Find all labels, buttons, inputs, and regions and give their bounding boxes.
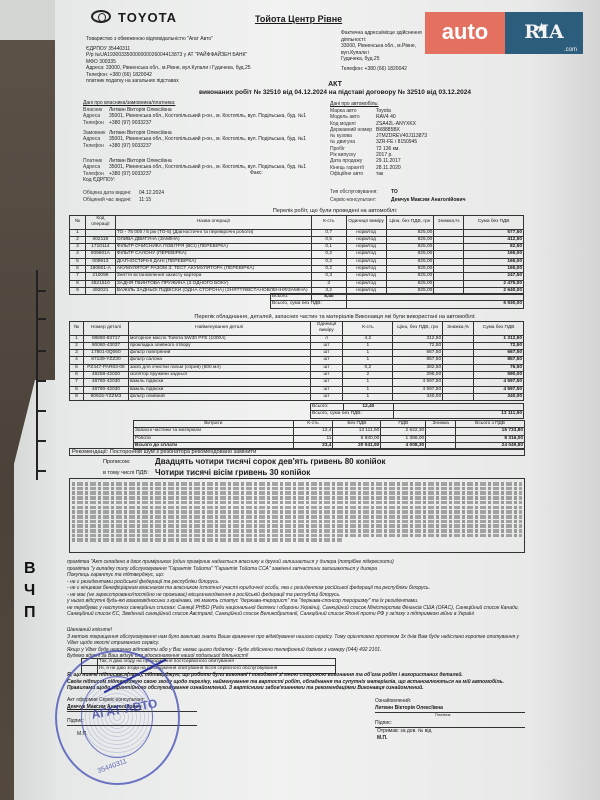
text-line bbox=[72, 482, 522, 486]
table-cell: 2 bbox=[343, 372, 393, 379]
column-header: К-сть bbox=[293, 421, 333, 428]
table-cell: 340,00 bbox=[393, 393, 443, 400]
column-header: Витрати bbox=[134, 421, 294, 428]
works-caption: Перелік робіт, що були проведені на авто… bbox=[55, 208, 600, 215]
table-row: 748780-42030важіль підвіскишт14 597,504 … bbox=[70, 379, 524, 386]
table-cell: Зняття встановлення захисту картера bbox=[115, 273, 311, 280]
column-header: Номер деталі bbox=[83, 322, 128, 336]
issue-date: Обіцяна дата видачі:04.12.2024 bbox=[83, 190, 164, 196]
table-cell bbox=[434, 236, 464, 243]
owner-block: ВласникЛитвин Вікторія ОлексіївнаАдреса3… bbox=[83, 107, 306, 126]
table-cell: 48780-42030 bbox=[83, 379, 128, 386]
works-table: №Код операціїНазва операціїК-стьОдиниця … bbox=[69, 215, 524, 295]
table-cell: фільтр оливний bbox=[128, 393, 310, 400]
table-cell: PZ447-PAR83-08 bbox=[83, 364, 128, 371]
table-row: 31710114ФІЛЬТР ОЧИСНИКА ПОВІТРЯ (ВСІ) (П… bbox=[70, 244, 524, 251]
info-value: Toyota bbox=[376, 108, 391, 114]
table-row: 990915-YZZM3фільтр оливнийшт1340,00340,0… bbox=[70, 393, 524, 400]
star-icon: ★ bbox=[536, 8, 547, 48]
table-cell: норм/год bbox=[346, 236, 386, 243]
issue-date-label: Обіцяна дата видачі: bbox=[83, 190, 139, 196]
fax-label: Факс: bbox=[250, 170, 263, 176]
table-cell: 5 bbox=[70, 364, 84, 371]
column-header: ПДВ bbox=[381, 421, 426, 428]
table-cell: 190601-A bbox=[85, 266, 115, 273]
table-cell: 82,50 bbox=[464, 244, 524, 251]
binding-tick bbox=[36, 290, 46, 292]
summary-table: ВитратиК-стьБез ПДВПДВЗнижкаВсього з ПДВ… bbox=[133, 420, 525, 450]
in-words: Двадцять чотири тисячі сорок дев'ять гри… bbox=[155, 457, 385, 466]
column-header: Код операції bbox=[85, 216, 115, 230]
table-cell: 17801-0Q060 bbox=[83, 350, 128, 357]
binding-tick bbox=[36, 440, 46, 442]
table-header-row: №Номер деталіНайменування деталіОдиниця … bbox=[70, 322, 524, 336]
table-cell: 8 316,00 bbox=[456, 435, 525, 442]
info-row: Офіційне автотак bbox=[330, 171, 427, 177]
text-line bbox=[72, 538, 342, 542]
table-row: 5009913ДІАГНОСТИЧНІ ДАНІ (ПЕРЕВІРКА)0,2н… bbox=[70, 258, 524, 265]
table-row: 4009901AФІЛЬТР САЛОНУ (ПЕРЕВІРКА)0,2норм… bbox=[70, 251, 524, 258]
text-line bbox=[72, 496, 522, 500]
table-cell: 8 bbox=[70, 280, 86, 287]
table-cell: 2 bbox=[70, 236, 86, 243]
info-value: ВК8885ВХ bbox=[376, 127, 400, 133]
table-cell: 1 386,00 bbox=[381, 435, 426, 442]
table-row: 290080-43037прокладка зливного отворушт1… bbox=[70, 342, 524, 349]
table-cell: 295,00 bbox=[393, 372, 443, 379]
text-line bbox=[72, 501, 522, 505]
warranty-text bbox=[72, 481, 522, 543]
table-cell: моторное масло Тойота 5W30 PFE (1000л) bbox=[128, 335, 310, 342]
car-section-title: Дані про автомобіль: bbox=[330, 101, 379, 107]
info-value: ZSA42L-ANYXKX bbox=[376, 121, 416, 127]
column-header: № bbox=[70, 322, 84, 336]
table-cell: 4 597,50 bbox=[474, 386, 524, 393]
table-cell: засіб для очистки гальм (спрей) (500 мл) bbox=[128, 364, 310, 371]
table-cell: 857,50 bbox=[393, 357, 443, 364]
payer-block: ПлатникЛитвин Вікторія ОлексіївнаАдреса3… bbox=[83, 158, 306, 177]
table-cell: 3 bbox=[70, 244, 86, 251]
table-cell: 08880-83717 bbox=[83, 335, 128, 342]
info-value: 2017 р. bbox=[376, 152, 393, 158]
table-cell: 4 597,50 bbox=[474, 379, 524, 386]
table-cell: шт bbox=[310, 350, 343, 357]
owner-section-title: Дані про власника/замовника/платника: bbox=[83, 100, 175, 106]
column-header: Всього з ПДВ bbox=[456, 421, 525, 428]
table-row: Запасні частини та матеріали12,413 111,5… bbox=[134, 428, 525, 435]
table-cell: 825,00 bbox=[386, 258, 434, 265]
table-cell: 165,00 bbox=[464, 266, 524, 273]
text-line bbox=[72, 520, 522, 524]
table-cell: 0,3 bbox=[311, 273, 346, 280]
table-cell: 1 bbox=[70, 335, 84, 342]
table-cell: 87139-YZZ30 bbox=[83, 357, 128, 364]
table-cell: 340,00 bbox=[474, 393, 524, 400]
table-row: 848790-42030важіль підвіскишт14 597,504 … bbox=[70, 386, 524, 393]
table-cell: норм/год bbox=[346, 258, 386, 265]
table-cell: 48790-42030 bbox=[83, 386, 128, 393]
table-cell bbox=[434, 229, 464, 236]
table-cell: шт bbox=[310, 386, 343, 393]
table-cell: 825,00 bbox=[386, 229, 434, 236]
table-cell: 2 bbox=[70, 342, 84, 349]
table-cell: 1710114 bbox=[85, 244, 115, 251]
table-cell: 9 bbox=[70, 287, 86, 294]
table-cell: 48258-42020 bbox=[83, 372, 128, 379]
vat-words-label: в тому числі ПДВ: bbox=[103, 470, 149, 476]
column-header: № bbox=[70, 216, 86, 230]
table-cell: 0,7 bbox=[311, 229, 346, 236]
table-cell: ЗАДНЯ ГВИНТОВА ПРУЖИНА (З ОДНОГО БОКУ) bbox=[115, 280, 311, 287]
table-cell: 12,4 bbox=[293, 428, 333, 435]
table-cell: важіль підвіски bbox=[128, 379, 310, 386]
text-line bbox=[72, 515, 522, 519]
service-type-value: ТО bbox=[391, 189, 398, 195]
table-cell: 210099 bbox=[85, 273, 115, 280]
table-cell bbox=[434, 280, 464, 287]
table-cell: ФІЛЬТР ОЧИСНИКА ПОВІТРЯ (ВСІ) (ПЕРЕВІРКА… bbox=[115, 244, 311, 251]
table-cell bbox=[426, 435, 456, 442]
info-label: Офіційне авто bbox=[330, 171, 376, 177]
parts-totals: Всього:12,40 Всього, сума без ПДВ:13 111… bbox=[310, 403, 524, 419]
table-header-row: №Код операціїНазва операціїК-стьОдиниця … bbox=[70, 216, 524, 230]
table-cell: 90080-43037 bbox=[83, 342, 128, 349]
info-value: +380 (97) 9033237 bbox=[109, 171, 151, 177]
table-cell: 9 bbox=[70, 393, 84, 400]
table-cell: 76,50 bbox=[474, 364, 524, 371]
table-cell: 72,50 bbox=[393, 342, 443, 349]
service-type-label: Тип обслуговування: bbox=[330, 189, 391, 195]
table-cell: 0,5 bbox=[311, 236, 346, 243]
dealer-phone: Телефон: +380 (66) 1820042 bbox=[341, 66, 441, 73]
table-row: 84821510ЗАДНЯ ГВИНТОВА ПРУЖИНА (З ОДНОГО… bbox=[70, 280, 524, 287]
dealer-name: Тойота Центр Рівне bbox=[255, 14, 342, 24]
parts-total-qty: 12,40 bbox=[343, 404, 393, 411]
text-line bbox=[72, 534, 522, 538]
info-value: 35001, Рівненська обл., Костопільський р… bbox=[109, 164, 306, 170]
text-line bbox=[72, 506, 522, 510]
info-value: 72 136 км. bbox=[376, 146, 400, 152]
table-cell: 667,50 bbox=[393, 350, 443, 357]
table-cell: 667,50 bbox=[474, 350, 524, 357]
watermark-ria: ★ RIA .com bbox=[505, 12, 583, 54]
table-cell: 72,50 bbox=[474, 342, 524, 349]
company-stamp: АГАТ АВТО 35440311 bbox=[55, 650, 180, 785]
table-cell: 412,50 bbox=[464, 236, 524, 243]
info-label: Телефон bbox=[83, 143, 109, 149]
table-row: 5PZ447-PAR83-08засіб для очистки гальм (… bbox=[70, 364, 524, 371]
table-cell: 825,00 bbox=[386, 280, 434, 287]
table-cell: 6 bbox=[70, 266, 86, 273]
table-cell bbox=[434, 273, 464, 280]
consultant: Сервіс-консультант:Демчук Максим Анатолі… bbox=[330, 197, 465, 203]
table-cell: 009901A bbox=[85, 251, 115, 258]
table-cell: 1 bbox=[343, 357, 393, 364]
column-header: Без ПДВ bbox=[333, 421, 381, 428]
table-cell: 0,2 bbox=[311, 266, 346, 273]
table-cell: 1 bbox=[343, 379, 393, 386]
table-cell: 247,50 bbox=[464, 273, 524, 280]
table-cell: прокладка зливного отвору bbox=[128, 342, 310, 349]
table-row: 1ТО - 75 000 / 5 рік (ТО-5) (Діагностичн… bbox=[70, 229, 524, 236]
table-cell: шт bbox=[310, 379, 343, 386]
margin-letter: П bbox=[24, 602, 36, 624]
table-cell: 1 312,50 bbox=[474, 335, 524, 342]
table-cell: шт bbox=[310, 357, 343, 364]
table-row: 2002119ОЛИВА ДВИГУНА (ЗАМІНА)0,5норм/год… bbox=[70, 236, 524, 243]
table-cell: норм/год bbox=[346, 266, 386, 273]
text-line bbox=[72, 524, 522, 528]
table-cell: норм/год bbox=[346, 251, 386, 258]
table-cell bbox=[85, 229, 115, 236]
table-cell bbox=[434, 251, 464, 258]
table-cell: ТО - 75 000 / 5 рік (ТО-5) (Діагностичні… bbox=[115, 229, 311, 236]
issue-time-label: Обіцяний час видачі: bbox=[83, 197, 139, 203]
info-row: Телефон+380 (97) 9033237 bbox=[83, 171, 306, 177]
received-label: Отримав: за дов. № від bbox=[377, 728, 431, 735]
table-cell: 3 bbox=[311, 280, 346, 287]
text-line bbox=[72, 487, 522, 491]
table-cell: ізолятор пружини задньої bbox=[128, 372, 310, 379]
table-cell: Запасні частини та матеріали bbox=[134, 428, 294, 435]
column-header: Знижка,% bbox=[434, 216, 464, 230]
table-cell: норм/год bbox=[346, 229, 386, 236]
table-cell: 002119 bbox=[85, 236, 115, 243]
table-cell: 312,50 bbox=[393, 335, 443, 342]
table-cell: 165,00 bbox=[464, 258, 524, 265]
table-cell: 5 bbox=[70, 258, 86, 265]
service-type: Тип обслуговування:ТО bbox=[330, 189, 398, 195]
table-cell: важіль підвіски bbox=[128, 386, 310, 393]
info-row: Телефон+380 (97) 9033237 bbox=[83, 120, 306, 126]
table-row: Роботи116 930,001 386,008 316,00 bbox=[134, 435, 525, 442]
info-value: 35001, Рівненська обл., Костопільський р… bbox=[109, 136, 306, 142]
table-cell: 1 bbox=[343, 393, 393, 400]
table-row: 7210099Зняття встановлення захисту карте… bbox=[70, 273, 524, 280]
margin-letters: В Ч П bbox=[24, 558, 36, 624]
table-cell: 1 bbox=[70, 229, 86, 236]
table-row: 317801-0Q060фільтр повітрянийшт1667,5066… bbox=[70, 350, 524, 357]
table-cell: 13 111,50 bbox=[333, 428, 381, 435]
column-header: Назва операції bbox=[115, 216, 311, 230]
table-cell: 165,00 bbox=[464, 251, 524, 258]
table-cell: 3 bbox=[70, 350, 84, 357]
works-sum-label: Всього, сума без ПДВ: bbox=[271, 301, 347, 308]
brand-name: TOYOTA bbox=[118, 10, 177, 25]
table-cell: ФІЛЬТР САЛОНУ (ПЕРЕВІРКА) bbox=[115, 251, 311, 258]
table-cell: норм/год bbox=[346, 280, 386, 287]
consultant-label: Сервіс-консультант: bbox=[330, 197, 391, 203]
table-cell bbox=[443, 386, 474, 393]
info-value: 3ZR-FE / 8150945 bbox=[376, 139, 417, 145]
column-header: Ціна, без ПДВ, грн bbox=[393, 322, 443, 336]
acquainted-label: Ознайомлений: bbox=[375, 698, 411, 705]
table-header-row: ВитратиК-стьБез ПДВПДВЗнижкаВсього з ПДВ bbox=[134, 421, 525, 428]
warranty-terms bbox=[69, 478, 525, 553]
table-cell: 825,00 bbox=[386, 266, 434, 273]
in-words-label: Прописом: bbox=[103, 459, 130, 465]
parts-caption: Перелік обладнання, деталей, запасних ча… bbox=[55, 314, 600, 321]
table-cell: 0,2 bbox=[343, 364, 393, 371]
column-header: Найменування деталі bbox=[128, 322, 310, 336]
vat-words: Чотири тисячі вісім гривень 30 копійок bbox=[155, 468, 310, 477]
table-cell bbox=[434, 266, 464, 273]
table-cell: 11 bbox=[293, 435, 333, 442]
table-cell: 2 475,00 bbox=[464, 280, 524, 287]
table-cell: 6 bbox=[70, 372, 84, 379]
info-value: +380 (97) 9033237 bbox=[109, 143, 151, 149]
watermark-auto: auto bbox=[425, 12, 505, 54]
table-cell: Роботи bbox=[134, 435, 294, 442]
binding-tick bbox=[36, 380, 46, 382]
table-cell: 4821510 bbox=[85, 280, 115, 287]
info-value: 29.11.2017 bbox=[376, 158, 401, 164]
text-line bbox=[72, 529, 522, 533]
table-cell bbox=[443, 393, 474, 400]
table-cell: 4 bbox=[70, 357, 84, 364]
customer-block: ЗамовникЛитвин Вікторія ОлексіївнаАдреса… bbox=[83, 130, 306, 149]
table-cell: норм/год bbox=[346, 273, 386, 280]
table-cell: АКУМУЛЯТОР РАЗОМ З: ТЕСТ АКУМУЛЯТОРА (ПЕ… bbox=[115, 266, 311, 273]
parts-sum: 13 111,50 bbox=[393, 411, 523, 418]
table-cell: 90915-YZZM3 bbox=[83, 393, 128, 400]
table-row: 487139-YZZ30фільтр салонашт1857,50857,50 bbox=[70, 357, 524, 364]
table-cell bbox=[426, 428, 456, 435]
car-block: Марка автоToyotaМодель автоRAV4 40Код мо… bbox=[330, 108, 427, 177]
table-cell bbox=[443, 357, 474, 364]
column-header: К-сть bbox=[311, 216, 346, 230]
table-cell: 0,2 bbox=[311, 258, 346, 265]
table-cell bbox=[443, 350, 474, 357]
table-cell: 15 733,80 bbox=[456, 428, 525, 435]
table-cell: шт bbox=[310, 364, 343, 371]
table-cell: 2 622,30 bbox=[381, 428, 426, 435]
table-row: 6190601-AАКУМУЛЯТОР РАЗОМ З: ТЕСТ АКУМУЛ… bbox=[70, 266, 524, 273]
company-info: Товариство з обмеженою відповідальністю … bbox=[86, 36, 346, 85]
table-cell: 7 bbox=[70, 273, 86, 280]
notes-block: примітка "Акт складено в двох примірника… bbox=[67, 559, 527, 618]
consultant-value: Демчук Максим Анатолійович bbox=[391, 197, 465, 203]
table-cell: 1 bbox=[343, 350, 393, 357]
table-cell: 1 bbox=[343, 342, 393, 349]
watermark-suffix: .com bbox=[564, 46, 577, 54]
recommendation: Рекомендації: Посторонній шум з резонато… bbox=[69, 448, 525, 456]
table-cell: 8 bbox=[70, 386, 84, 393]
binding-tick bbox=[36, 350, 46, 352]
sign-field-2: Підпис: bbox=[375, 720, 525, 728]
parts-total-label: Всього: bbox=[311, 404, 344, 411]
works-sum: 6 930,00 bbox=[346, 301, 523, 308]
stamp-code: 35440311 bbox=[97, 758, 128, 775]
works-totals: Всього:8,40 Всього, сума без ПДВ:6 930,0… bbox=[270, 293, 524, 309]
info-value: 28.11.2020 bbox=[376, 165, 401, 171]
column-header: Одиниця виміру bbox=[310, 322, 343, 336]
column-header: Ціна, без ПДВ, грн bbox=[386, 216, 434, 230]
table-cell: 6 930,00 bbox=[333, 435, 381, 442]
column-header: К-сть bbox=[343, 322, 393, 336]
text-line bbox=[72, 491, 522, 495]
info-value: RAV4 40 bbox=[376, 114, 396, 120]
works-total-qty: 8,40 bbox=[311, 294, 346, 301]
table-cell: 0,2 bbox=[311, 251, 346, 258]
table-cell: ОЛИВА ДВИГУНА (ЗАМІНА) bbox=[115, 236, 311, 243]
table-cell: 4,2 bbox=[343, 335, 393, 342]
table-cell: норм/год bbox=[346, 244, 386, 251]
table-cell: 7 bbox=[70, 379, 84, 386]
table-cell: фільтр повітряний bbox=[128, 350, 310, 357]
info-label: Телефон bbox=[83, 171, 109, 177]
act-title: АКТ bbox=[55, 81, 600, 88]
binding-tick bbox=[36, 470, 46, 472]
column-header: Одиниця виміру bbox=[346, 216, 386, 230]
autoria-watermark: auto ★ RIA .com bbox=[425, 12, 590, 54]
table-cell: 825,00 bbox=[386, 236, 434, 243]
info-value: JTMZDREV40J113873 bbox=[376, 133, 427, 139]
table-cell: 4 597,50 bbox=[393, 386, 443, 393]
info-value: +380 (97) 9033237 bbox=[109, 120, 151, 126]
table-cell: 825,00 bbox=[386, 244, 434, 251]
issue-date-value: 04.12.2024 bbox=[139, 190, 164, 196]
table-cell: 857,50 bbox=[474, 357, 524, 364]
table-cell: 4 597,50 bbox=[393, 379, 443, 386]
table-cell bbox=[443, 342, 474, 349]
table-row: 648258-42020ізолятор пружини задньоїшт22… bbox=[70, 372, 524, 379]
table-cell: шт bbox=[310, 342, 343, 349]
table-cell: 1 bbox=[343, 386, 393, 393]
margin-letter: Ч bbox=[24, 580, 36, 602]
payer-caption: Платник bbox=[435, 712, 450, 719]
parts-table: №Номер деталіНайменування деталіОдиниця … bbox=[69, 321, 524, 401]
table-cell: 825,00 bbox=[386, 273, 434, 280]
parts-sum-label: Всього, сума без ПДВ: bbox=[311, 411, 394, 418]
info-label: Телефон bbox=[83, 120, 109, 126]
info-row: Телефон+380 (97) 9033237 bbox=[83, 143, 306, 149]
binding-edge bbox=[36, 270, 38, 480]
table-row: 108880-83717моторное масло Тойота 5W30 P… bbox=[70, 335, 524, 342]
table-cell: ДІАГНОСТИЧНІ ДАНІ (ПЕРЕВІРКА) bbox=[115, 258, 311, 265]
text-line bbox=[72, 510, 522, 514]
table-cell: 825,00 bbox=[386, 251, 434, 258]
table-cell: 590,00 bbox=[474, 372, 524, 379]
notes-line: Санкційний список ЄС, Зведений санкційни… bbox=[67, 611, 527, 618]
table-cell bbox=[434, 244, 464, 251]
toyota-logo-icon bbox=[91, 10, 111, 23]
column-header: Сума без ПДВ bbox=[464, 216, 524, 230]
table-cell bbox=[443, 379, 474, 386]
info-value: 35001, Рівненська обл., Костопільський р… bbox=[109, 113, 306, 119]
issue-time-value: 11:15 bbox=[139, 197, 151, 203]
table-cell bbox=[443, 372, 474, 379]
act-subtitle: виконаних робіт № 32510 від 04.12.2024 н… bbox=[55, 89, 600, 96]
table-cell: фільтр салона bbox=[128, 357, 310, 364]
margin-letter: В bbox=[24, 558, 36, 580]
issue-time: Обіцяний час видачі:11:15 bbox=[83, 197, 151, 203]
table-cell: шт bbox=[310, 372, 343, 379]
table-cell: л bbox=[310, 335, 343, 342]
table-cell: 4 bbox=[70, 251, 86, 258]
table-cell: 577,50 bbox=[464, 229, 524, 236]
column-header: Сума без ПДВ bbox=[474, 322, 524, 336]
stamp-place-label-2: М.П. bbox=[377, 735, 388, 742]
table-cell: 382,50 bbox=[393, 364, 443, 371]
binding-tick bbox=[36, 410, 46, 412]
edrpou-label: Код ЄДРПОУ: bbox=[83, 177, 115, 183]
column-header: Знижка bbox=[426, 421, 456, 428]
table-cell: 0,1 bbox=[311, 244, 346, 251]
works-total-label: Всього: bbox=[271, 294, 312, 301]
table-cell bbox=[443, 335, 474, 342]
column-header: Знижка,% bbox=[443, 322, 474, 336]
